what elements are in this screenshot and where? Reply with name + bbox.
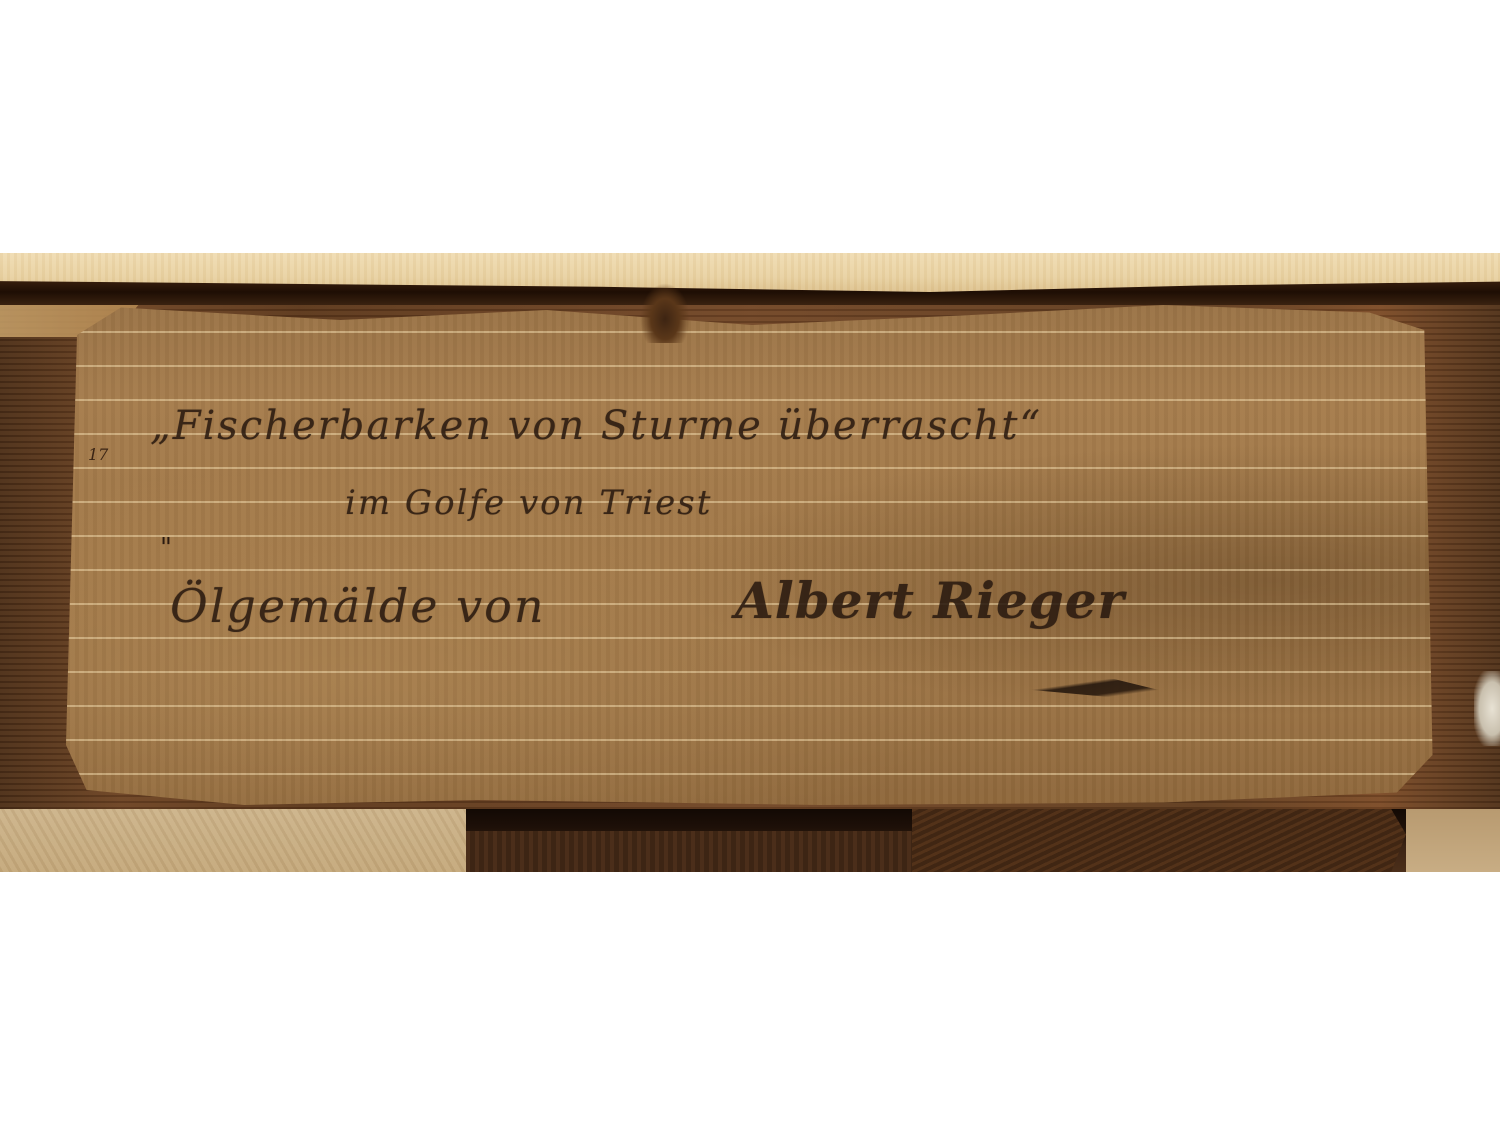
artist-signature: Albert Rieger: [735, 571, 1125, 630]
paper-label: [66, 305, 1438, 805]
light-wood-base-right: [1406, 809, 1500, 872]
photograph: 17 „Fischerbarken von Sturme überrascht“…: [0, 253, 1500, 872]
label-location-line: im Golfe von Triest: [345, 483, 712, 523]
crossbar-slanted: [912, 809, 1406, 872]
crossbar-end: [466, 831, 912, 872]
light-wood-base-left: [0, 809, 466, 872]
paint-residue: [1474, 671, 1500, 746]
label-corner-mark: 17: [88, 445, 108, 464]
label-title-line: „Fischerbarken von Sturme überrascht“: [150, 403, 1042, 449]
label-tear: [640, 283, 690, 343]
label-medium-line: Ölgemälde von: [170, 579, 545, 633]
label-ditto-mark: ": [160, 533, 172, 563]
